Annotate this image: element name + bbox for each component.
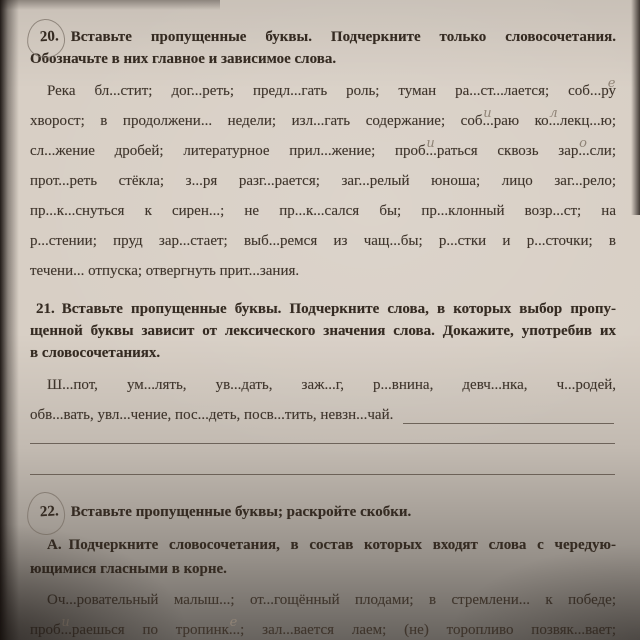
exercise-20-body: Река бл...стит; дог...реть; предл...гать… [30,76,616,286]
ex22-words-line-1: Оч...ровательный малыш...; от...гощённый… [30,585,616,615]
exercise-20-instruction-line-2: Обозначьте в них главное и зависимое сло… [30,48,616,70]
ex22-words-line-2: проб.и..раешься по тропинк.е..; зал...ва… [30,615,616,640]
page-photo: 20.Вставьте пропущенные буквы. Подчеркни… [0,0,640,640]
exercise-21-instruction-line-3: в словосочетаниях. [30,342,616,364]
exercise-21-instruction-line-2: щенной буквы зависит от лексического зна… [30,320,616,342]
ex21-words-line-1: Ш...пот, ум...лять, ув...дать, заж...г, … [30,370,616,400]
ex20-body-line-4: прот...реть стёкла; з...ря разг...рается… [30,166,616,196]
ex20-body-line-5: пр...к...снуться к сирен...; не пр...к..… [30,196,616,226]
exercise-21-body: Ш...пот, ум...лять, ув...дать, заж...г, … [30,370,616,430]
ex20-body-line-1: Река бл...стит; дог...реть; предл...гать… [30,76,616,106]
ex20-body-line-7: течени... отпуска; отвергнуть прит...зан… [30,256,616,286]
ex22-sub-a-line-2: ющимися гласными в корне. [30,557,616,581]
exercise-21-number: 21. [36,301,55,317]
exercise-20-number: 20. [40,28,60,45]
exercise-22: 22.Вставьте пропущенные буквы; раскройте… [30,499,616,640]
exercise-20: 20.Вставьте пропущенные буквы. Подчеркни… [30,26,616,286]
ex20-body-line-3: сл...жение дробей; литературное прил...ж… [30,136,616,166]
answer-underline [403,423,614,424]
exercise-21-instruction-text: Вставьте пропущенные буквы. Подчеркните … [62,301,616,317]
pencil-circle-22: 22. [26,491,66,536]
exercise-22-instruction: 22.Вставьте пропущенные буквы; раскройте… [30,499,616,525]
answer-line-2 [30,474,615,475]
ex22-sub-a-line-1: А.Подчеркните словосочетания, в состав к… [30,533,616,557]
answer-line-1 [30,443,615,444]
ex22-sub-a-text: Подчеркните словосочетания, в состав кот… [69,537,616,553]
exercise-22-instruction-text: Вставьте пропущенные буквы; раскройте ск… [71,504,411,520]
exercise-21: 21.Вставьте пропущенные буквы. Подчеркни… [30,298,616,475]
textbook-page: 20.Вставьте пропущенные буквы. Подчеркни… [0,0,640,640]
ex22-sub-a-label: А. [47,537,62,553]
exercise-22-body: Оч...ровательный малыш...; от...гощённый… [30,585,616,640]
exercise-22-number: 22. [40,503,60,520]
exercise-20-instruction-line-1: 20.Вставьте пропущенные буквы. Подчеркни… [30,26,616,48]
ex21-words-line-2: обв...вать, увл...чение, пос...деть, пос… [30,400,616,430]
ex20-body-line-6: р...стении; пруд зар...стает; выб...ремс… [30,226,616,256]
ex20-body-line-2: хворост; в продолжени... недели; изл...г… [30,106,616,136]
exercise-20-instruction-text: Вставьте пропущенные буквы. Подчеркните … [71,29,616,45]
exercise-21-instruction-line-1: 21.Вставьте пропущенные буквы. Подчеркни… [30,298,616,320]
